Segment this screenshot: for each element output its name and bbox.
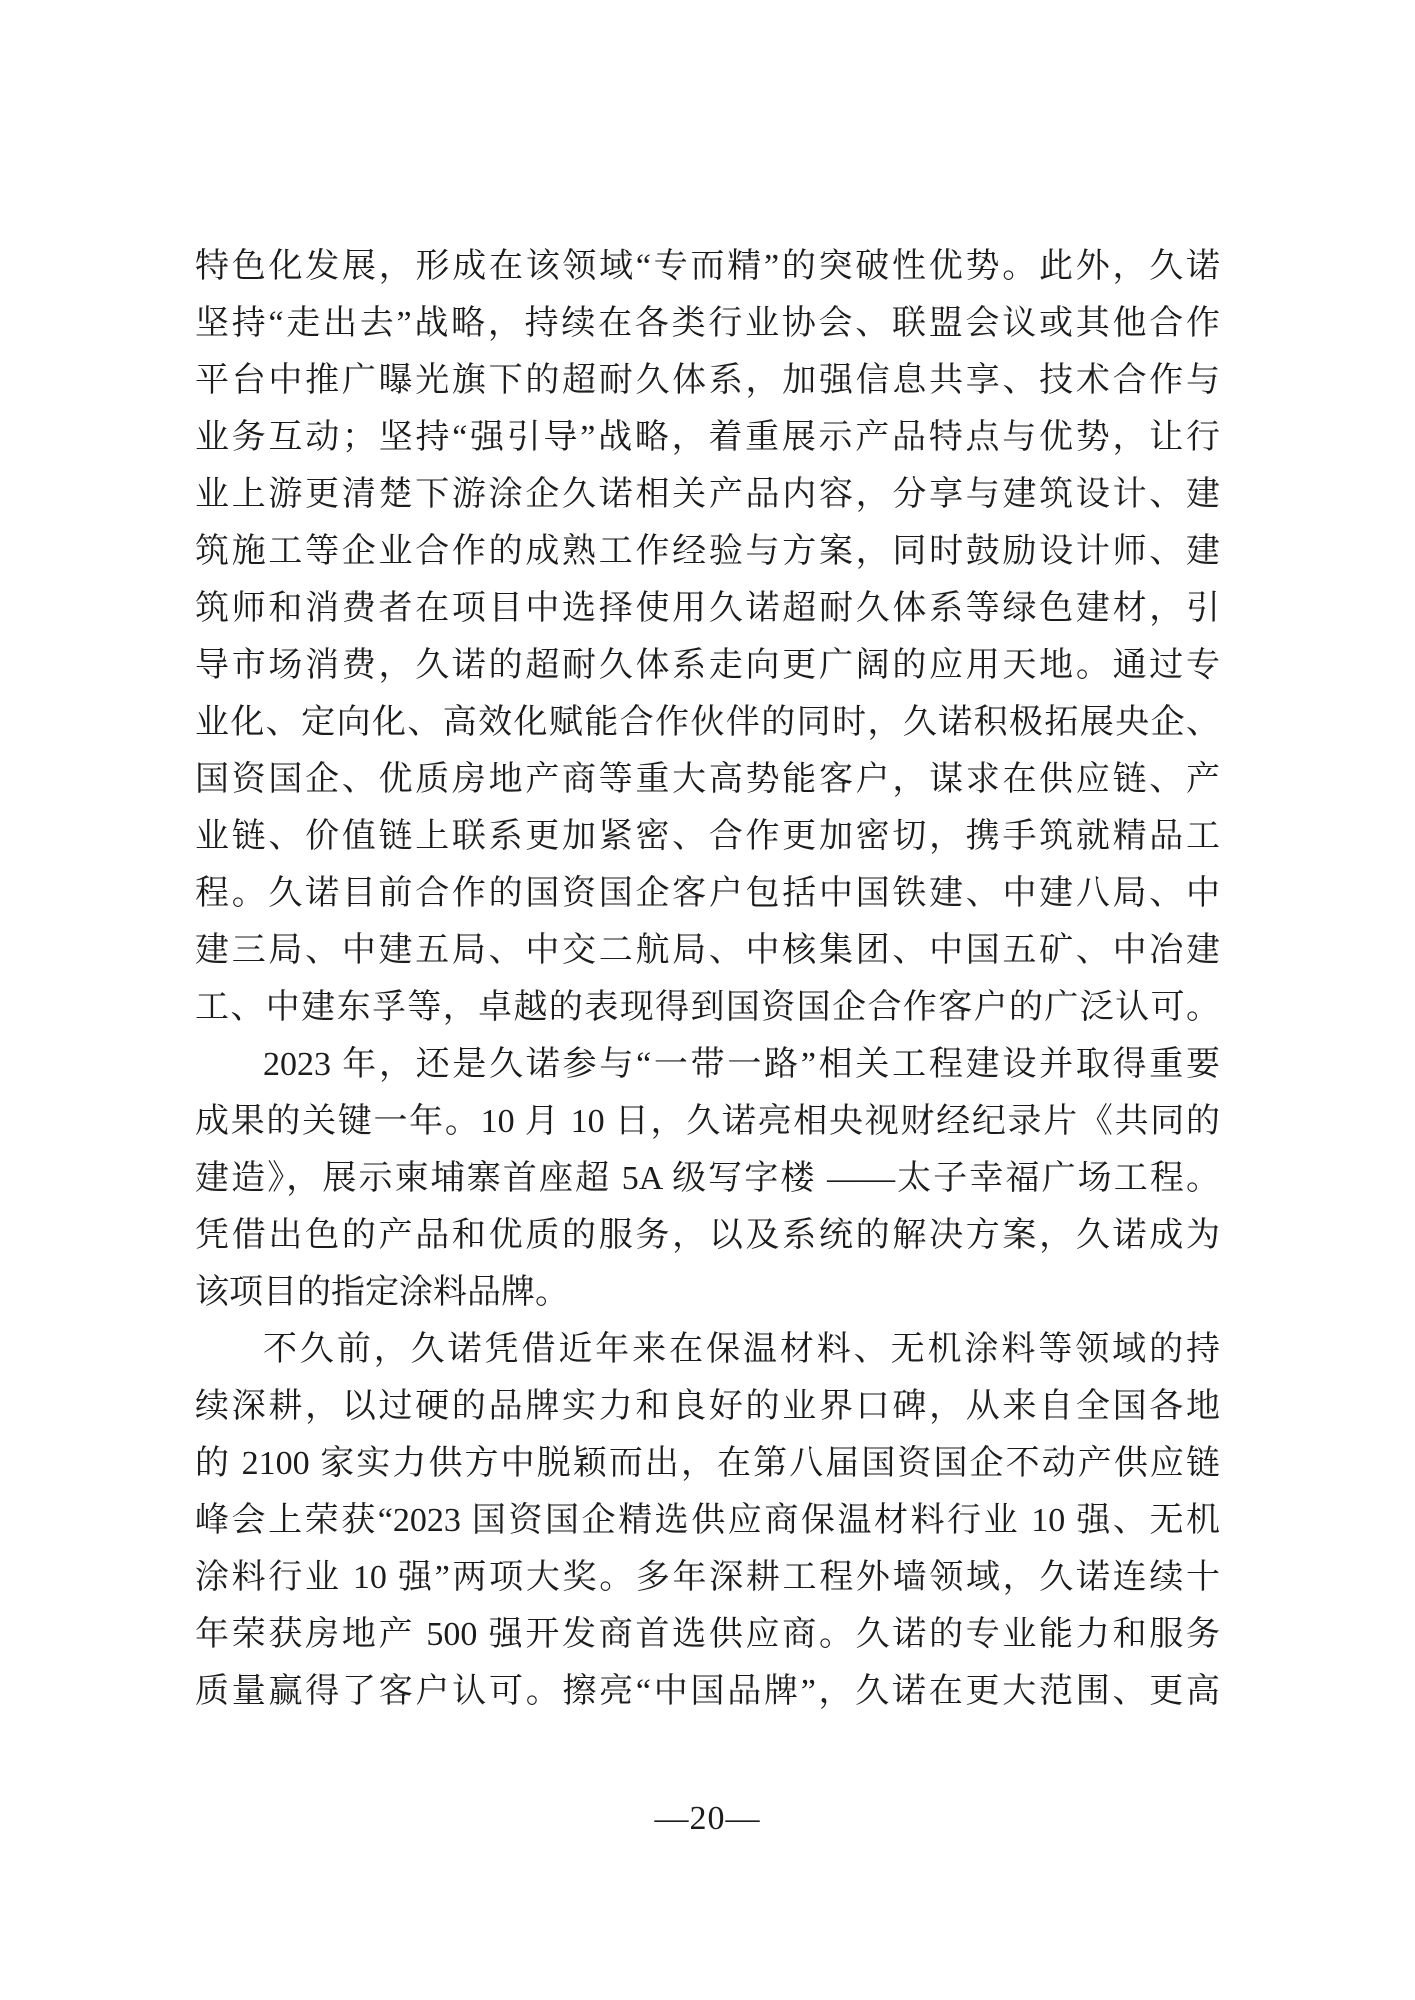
paragraph: 特色化发展，形成在该领域“专而精”的突破性优势。此外，久诺坚持“走出去”战略，持… [195, 238, 1220, 1036]
text-line: 工、中建东孚等，卓越的表现得到国资国企合作客户的广泛认可。 [195, 979, 1220, 1036]
text-line: 涂料行业 10 强”两项大奖。多年深耕工程外墙领域，久诺连续十 [195, 1549, 1220, 1606]
text-line: 特色化发展，形成在该领域“专而精”的突破性优势。此外，久诺 [195, 238, 1220, 295]
text-line: 平台中推广曝光旗下的超耐久体系，加强信息共享、技术合作与 [195, 352, 1220, 409]
text-line: 业化、定向化、高效化赋能合作伙伴的同时，久诺积极拓展央企、 [195, 694, 1220, 751]
text-line: 成果的关键一年。10 月 10 日，久诺亮相央视财经纪录片《共同的 [195, 1093, 1220, 1150]
text-line: 不久前，久诺凭借近年来在保温材料、无机涂料等领域的持 [195, 1321, 1220, 1378]
document-page: 特色化发展，形成在该领域“专而精”的突破性优势。此外，久诺坚持“走出去”战略，持… [0, 0, 1415, 2000]
paragraph: 不久前，久诺凭借近年来在保温材料、无机涂料等领域的持续深耕，以过硬的品牌实力和良… [195, 1321, 1220, 1720]
text-line: 国资国企、优质房地产商等重大高势能客户，谋求在供应链、产 [195, 751, 1220, 808]
text-line: 程。久诺目前合作的国资国企客户包括中国铁建、中建八局、中 [195, 865, 1220, 922]
text-line: 坚持“走出去”战略，持续在各类行业协会、联盟会议或其他合作 [195, 295, 1220, 352]
text-line: 峰会上荣获“2023 国资国企精选供应商保温材料行业 10 强、无机 [195, 1492, 1220, 1549]
text-line: 建三局、中建五局、中交二航局、中核集团、中国五矿、中冶建 [195, 922, 1220, 979]
text-line: 的 2100 家实力供方中脱颖而出，在第八届国资国企不动产供应链 [195, 1435, 1220, 1492]
text-line: 筑施工等企业合作的成熟工作经验与方案，同时鼓励设计师、建 [195, 523, 1220, 580]
text-line: 筑师和消费者在项目中选择使用久诺超耐久体系等绿色建材，引 [195, 580, 1220, 637]
page-number: —20— [655, 1800, 761, 1837]
page-footer: —20— [0, 1800, 1415, 1838]
text-line: 续深耕，以过硬的品牌实力和良好的业界口碑，从来自全国各地 [195, 1378, 1220, 1435]
text-line: 年荣获房地产 500 强开发商首选供应商。久诺的专业能力和服务 [195, 1606, 1220, 1663]
text-line: 该项目的指定涂料品牌。 [195, 1264, 1220, 1321]
text-line: 质量赢得了客户认可。擦亮“中国品牌”，久诺在更大范围、更高 [195, 1663, 1220, 1720]
text-line: 导市场消费，久诺的超耐久体系走向更广阔的应用天地。通过专 [195, 637, 1220, 694]
body-text: 特色化发展，形成在该领域“专而精”的突破性优势。此外，久诺坚持“走出去”战略，持… [195, 238, 1220, 1720]
paragraph: 2023 年，还是久诺参与“一带一路”相关工程建设并取得重要成果的关键一年。10… [195, 1036, 1220, 1321]
text-line: 业链、价值链上联系更加紧密、合作更加密切，携手筑就精品工 [195, 808, 1220, 865]
text-line: 业务互动；坚持“强引导”战略，着重展示产品特点与优势，让行 [195, 409, 1220, 466]
text-line: 业上游更清楚下游涂企久诺相关产品内容，分享与建筑设计、建 [195, 466, 1220, 523]
text-line: 2023 年，还是久诺参与“一带一路”相关工程建设并取得重要 [195, 1036, 1220, 1093]
text-line: 凭借出色的产品和优质的服务，以及系统的解决方案，久诺成为 [195, 1207, 1220, 1264]
text-line: 建造》，展示柬埔寨首座超 5A 级写字楼 ——太子幸福广场工程。 [195, 1150, 1220, 1207]
